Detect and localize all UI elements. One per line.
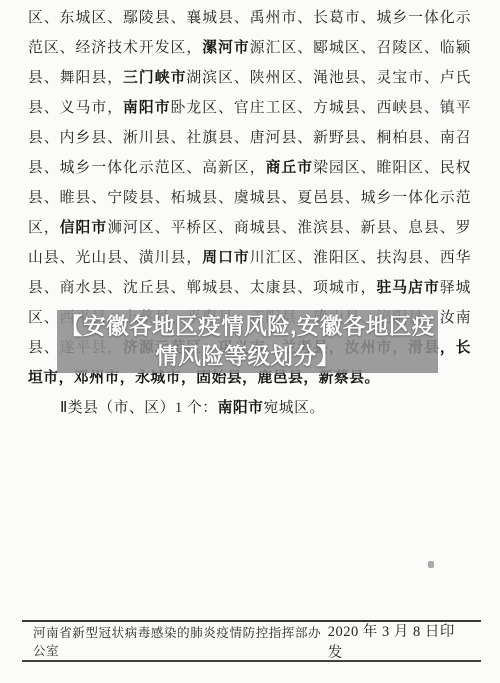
district-list-text: 浉河区、平桥区、商城县、淮滨县、新县、息县、罗 xyxy=(107,220,471,236)
footer-issuer: 河南省新型冠状病毒感染的肺炎疫情防控指挥部办公室 xyxy=(22,623,328,659)
document-line: 县、义马市，南阳市卧龙区、官庄工区、方城县、西峡县、镇平 xyxy=(28,93,471,123)
document-line: 区、东城区、鄢陵县、襄城县、禹州市、长葛市、城乡一体化示 xyxy=(28,3,471,33)
caption-title-overlay: 【安徽各地区疫情风险,安徽各地区疫 情风险等级划分】 xyxy=(57,310,438,373)
city-name-bold: 漯河市 xyxy=(202,40,250,56)
district-list-text: 县、舞阳县， xyxy=(28,70,123,86)
district-list-text: 县、义马市， xyxy=(28,100,123,116)
document-line: 县、商水县、沈丘县、郸城县、太康县、项城市，驻马店市驿城 xyxy=(28,273,471,303)
document-line: 范区、经济技术开发区，漯河市源汇区、郾城区、召陵区、临颍 xyxy=(28,33,471,63)
district-list-text: 湖滨区、陕州区、渑池县、灵宝市、卢氏 xyxy=(186,70,471,86)
document-line: 区，信阳市浉河区、平桥区、商城县、淮滨县、新县、息县、罗 xyxy=(28,213,471,243)
city-name-bold: 南阳市 xyxy=(123,100,171,116)
document-line: 县、城乡一体化示范区、高新区，商丘市梁园区、睢阳区、民权 xyxy=(28,153,471,183)
district-list-text: 范区、经济技术开发区， xyxy=(28,40,202,56)
caption-title-line-1: 【安徽各地区疫情风险,安徽各地区疫 xyxy=(60,312,435,342)
city-name-bold: 驻马店市 xyxy=(376,280,439,296)
district-list-text: 区， xyxy=(28,220,60,236)
district-list-text: 区、东城区、鄢陵县、襄城县、禹州市、长葛市、城乡一体化示 xyxy=(28,10,471,26)
district-list-text: 梁园区、睢阳区、民权 xyxy=(313,160,471,176)
district-list-text: 川汇区、淮阳区、扶沟县、西华 xyxy=(250,250,471,266)
city-name-bold: 三门峡市 xyxy=(123,70,186,86)
district-list-text: 宛城区。 xyxy=(263,400,324,416)
district-list-text: 山县、光山县、潢川县， xyxy=(28,250,202,266)
district-list-text: Ⅱ类县（市、区）1 个： xyxy=(60,400,218,416)
city-name-bold: 商丘市 xyxy=(266,160,314,176)
district-list-text: 县、城乡一体化示范区、高新区， xyxy=(28,160,266,176)
document-line: 县、内乡县、淅川县、社旗县、唐河县、新野县、桐柏县、南召 xyxy=(28,123,471,153)
district-list-text: 驿城 xyxy=(440,280,471,296)
document-line: 县、舞阳县，三门峡市湖滨区、陕州区、渑池县、灵宝市、卢氏 xyxy=(28,63,471,93)
city-name-bold: 信阳市 xyxy=(60,220,108,236)
scanned-document-page: 区、东城区、鄢陵县、襄城县、禹州市、长葛市、城乡一体化示范区、经济技术开发区，漯… xyxy=(0,0,500,683)
district-list-text: 县、内乡县、淅川县、社旗县、唐河县、新野县、桐柏县、南召 xyxy=(28,130,471,146)
district-list-text: 源汇区、郾城区、召陵区、临颍 xyxy=(250,40,471,56)
district-list-text: 县、商水县、沈丘县、郸城县、太康县、项城市， xyxy=(28,280,376,296)
document-line: Ⅱ类县（市、区）1 个：南阳市宛城区。 xyxy=(28,393,471,423)
city-name-bold: 周口市 xyxy=(202,250,250,266)
document-line: 山县、光山县、潢川县，周口市川汇区、淮阳区、扶沟县、西华 xyxy=(28,243,471,273)
city-name-bold: 南阳市 xyxy=(218,400,264,416)
document-footer: 河南省新型冠状病毒感染的肺炎疫情防控指挥部办公室 2020 年 3 月 8 日印… xyxy=(22,620,481,662)
caption-title-line-2: 情风险等级划分】 xyxy=(155,342,339,372)
district-list-text: 县、睢县、宁陵县、柘城县、虞城县、夏邑县、城乡一体化示范 xyxy=(28,190,471,206)
footer-print-date: 2020 年 3 月 8 日印发 xyxy=(328,620,481,662)
document-line: 县、睢县、宁陵县、柘城县、虞城县、夏邑县、城乡一体化示范 xyxy=(28,183,471,213)
scan-smudge-mark xyxy=(428,561,434,568)
district-list-text: 卧龙区、官庄工区、方城县、西峡县、镇平 xyxy=(171,100,471,116)
